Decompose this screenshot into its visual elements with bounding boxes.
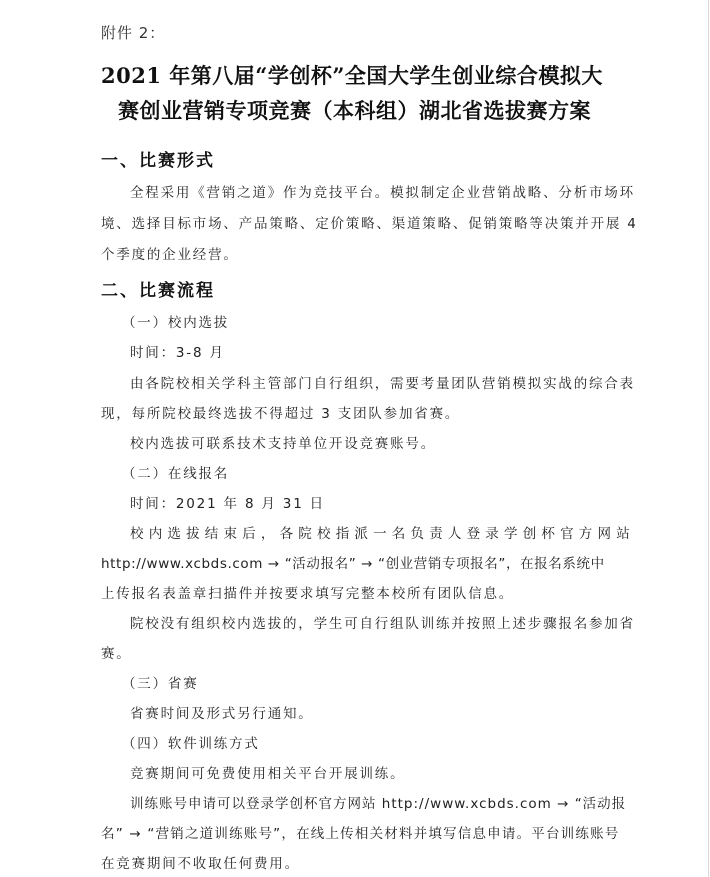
document-title-line-2: 赛创业营销专项竞赛（本科组）湖北省选拔赛方案 [118,95,591,125]
subsection-heading-school-selection: （一）校内选拔 [122,311,229,331]
paragraph-line: 赛。 [101,642,132,662]
subsection-heading-training: （四）软件训练方式 [122,732,260,752]
paragraph-line: 校内选拔可联系技术支持单位开设竞赛账号。 [130,432,436,452]
paragraph-line: 省赛时间及形式另行通知。 [130,702,314,722]
paragraph-line: 境、选择目标市场、产品策略、定价策略、渠道策略、促销策略等决策并开展 4 [101,212,638,232]
paragraph-line: 竞赛期间可免费使用相关平台开展训练。 [130,762,405,782]
section-heading-process: 二、比赛流程 [101,276,215,301]
training-url-line: 训练账号申请可以登录学创杯官方网站 http://www.xcbds.com →… [130,792,626,812]
paragraph-line: 时间：2021 年 8 月 31 日 [130,492,325,512]
paragraph-line: 由各院校相关学科主管部门自行组织，需要考量团队营销模拟实战的综合表 [130,372,635,392]
paragraph-line: 现，每所院校最终选拔不得超过 3 支团队参加省赛。 [101,402,460,422]
paragraph-line: 全程采用《营销之道》作为竞技平台。模拟制定企业营销战略、分析市场环 [130,181,635,201]
paragraph-line: 院校没有组织校内选拔的，学生可自行组队训练并按照上述步骤报名参加省 [130,612,635,632]
paragraph-line: 个季度的企业经营。 [101,243,239,263]
document-title-line-1: 2021 年第八届“学创杯”全国大学生创业综合模拟大 [101,60,603,90]
subsection-heading-provincial: （三）省赛 [122,672,199,692]
paragraph-line: 在竞赛期间不收取任何费用。 [101,852,300,872]
section-heading-format: 一、比赛形式 [101,146,215,171]
document-page: 附件 2： 2021 年第八届“学创杯”全国大学生创业综合模拟大 赛创业营销专项… [0,0,709,877]
paragraph-line: 时间：3-8 月 [130,341,225,361]
registration-url-line: http://www.xcbds.com → “活动报名” → “创业营销专项报… [101,552,605,572]
attachment-label: 附件 2： [101,22,165,43]
paragraph-line: 上传报名表盖章扫描件并按要求填写完整本校所有团队信息。 [101,582,514,602]
paragraph-line: 名” → “营销之道训练账号”，在线上传相关材料并填写信息申请。平台训练账号 [101,822,619,842]
subsection-heading-online-registration: （二）在线报名 [122,462,229,482]
paragraph-line: 校内选拔结束后，各院校指派一名负责人登录学创杯官方网站 [130,522,635,542]
